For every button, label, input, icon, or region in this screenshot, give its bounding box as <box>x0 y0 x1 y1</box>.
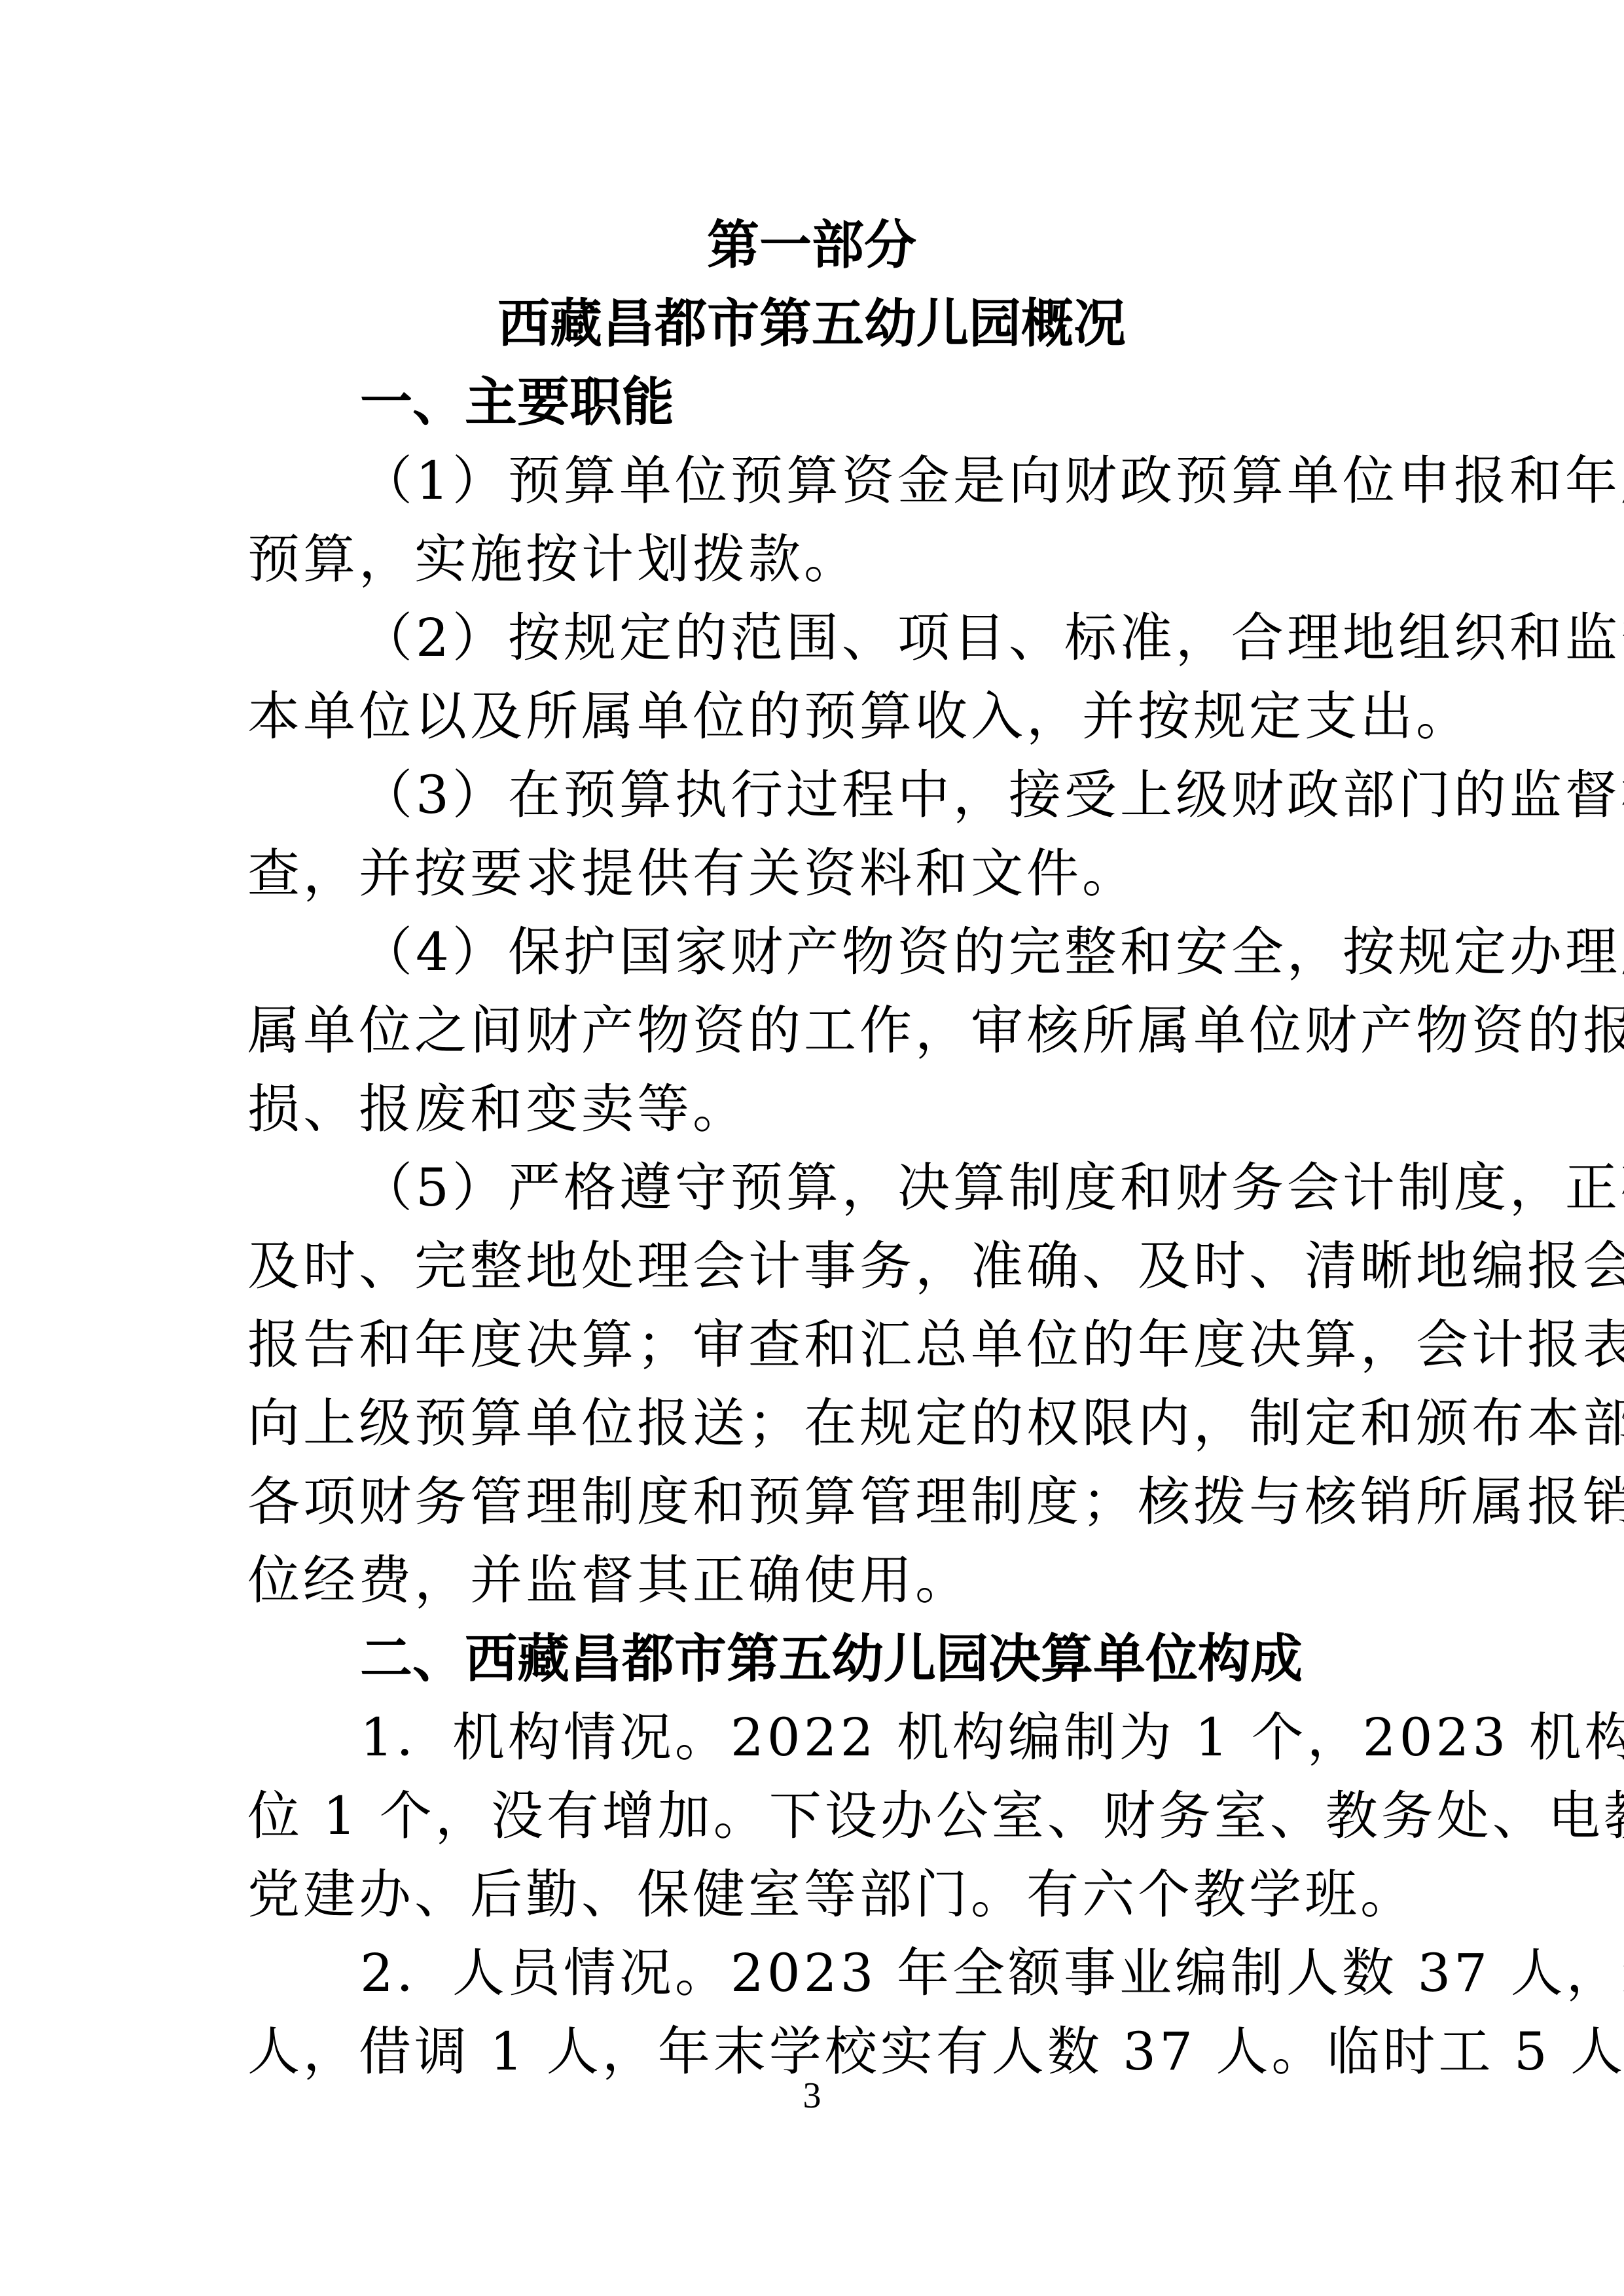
paragraph-line: 及时、完整地处理会计事务，准确、及时、清晰地编报会计 <box>247 1227 1376 1306</box>
paragraph-line: 向上级预算单位报送；在规定的权限内，制定和颁布本部门 <box>247 1384 1376 1463</box>
paragraph-line: （1）预算单位预算资金是向财政预算单位申报和年度 <box>247 442 1376 520</box>
part-title: 第一部分 <box>247 206 1376 285</box>
paragraph-line: 查，并按要求提供有关资料和文件。 <box>247 834 1376 913</box>
section2-heading: 二、西藏昌都市第五幼儿园决算单位构成 <box>247 1620 1376 1698</box>
paragraph-line: （4）保护国家财产物资的完整和安全，按规定办理所 <box>247 913 1376 992</box>
paragraph-line: 2．人员情况。2023 年全额事业编制人数 37 人，新分 0 <box>247 1934 1376 2013</box>
paragraph-line: （2）按规定的范围、项目、标准，合理地组织和监督 <box>247 599 1376 677</box>
paragraph-line: 预算，实施按计划拨款。 <box>247 520 1376 599</box>
paragraph-line: 损、报废和变卖等。 <box>247 1070 1376 1149</box>
paragraph-line: 1．机构情况。2022 机构编制为 1 个，2023 机构编制数 <box>247 1698 1376 1777</box>
main-title: 西藏昌都市第五幼儿园概况 <box>247 285 1376 363</box>
paragraph-line: 位 1 个，没有增加。下设办公室、财务室、教务处、电教室、 <box>247 1777 1376 1856</box>
paragraph-line: 本单位以及所属单位的预算收入，并按规定支出。 <box>247 677 1376 756</box>
paragraph-line: 各项财务管理制度和预算管理制度；核拨与核销所属报销单 <box>247 1463 1376 1541</box>
paragraph-line: 属单位之间财产物资的工作，审核所属单位财产物资的报 <box>247 992 1376 1070</box>
paragraph-line: （3）在预算执行过程中，接受上级财政部门的监督检 <box>247 756 1376 834</box>
paragraph-line: 报告和年度决算；审查和汇总单位的年度决算，会计报表须 <box>247 1306 1376 1384</box>
paragraph-line: 位经费，并监督其正确使用。 <box>247 1541 1376 1620</box>
section1-heading: 一、主要职能 <box>247 363 1376 442</box>
paragraph-line: 党建办、后勤、保健室等部门。有六个教学班。 <box>247 1856 1376 1934</box>
paragraph-line: （5）严格遵守预算，决算制度和财务会计制度，正确、 <box>247 1149 1376 1227</box>
page-number: 3 <box>0 2075 1624 2117</box>
